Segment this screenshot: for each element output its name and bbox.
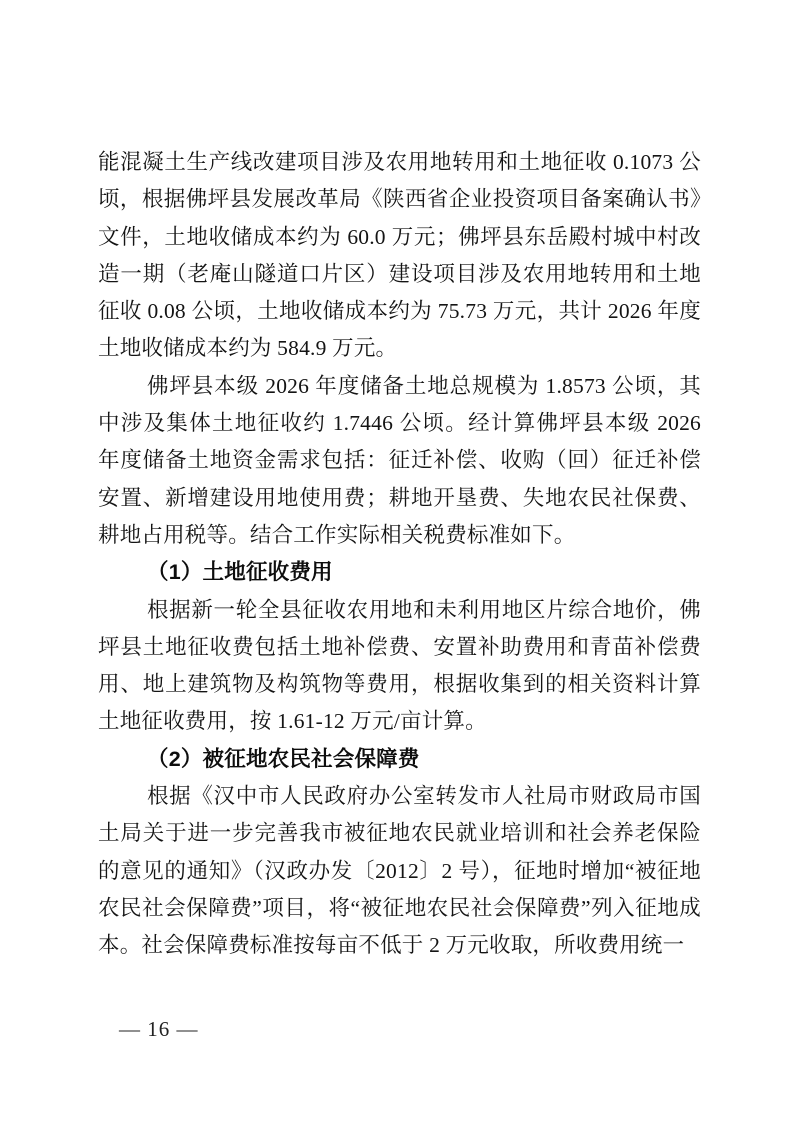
section-heading-land-acquisition-fee: （1）土地征收费用 (98, 554, 701, 591)
body-paragraph-land-acquisition-fee: 根据新一轮全县征收农用地和未利用地区片综合地价，佛坪县土地征收费包括土地补偿费、… (98, 592, 701, 741)
body-paragraph-continuation: 能混凝土生产线改建项目涉及农用地转用和土地征收 0.1073 公顷，根据佛坪县发… (98, 144, 701, 368)
page-number: — 16 — (119, 1017, 199, 1041)
body-paragraph-summary: 佛坪县本级 2026 年度储备土地总规模为 1.8573 公顷，其中涉及集体土地… (98, 368, 701, 554)
section-heading-social-security-fee: （2）被征地农民社会保障费 (98, 741, 701, 778)
page-footer: — 16 — (119, 1016, 199, 1042)
document-page: 能混凝土生产线改建项目涉及农用地转用和土地征收 0.1073 公顷，根据佛坪县发… (0, 0, 794, 1121)
body-paragraph-social-security-fee: 根据《汉中市人民政府办公室转发市人社局市财政局市国土局关于进一步完善我市被征地农… (98, 778, 701, 964)
page-body: 能混凝土生产线改建项目涉及农用地转用和土地征收 0.1073 公顷，根据佛坪县发… (98, 144, 701, 965)
